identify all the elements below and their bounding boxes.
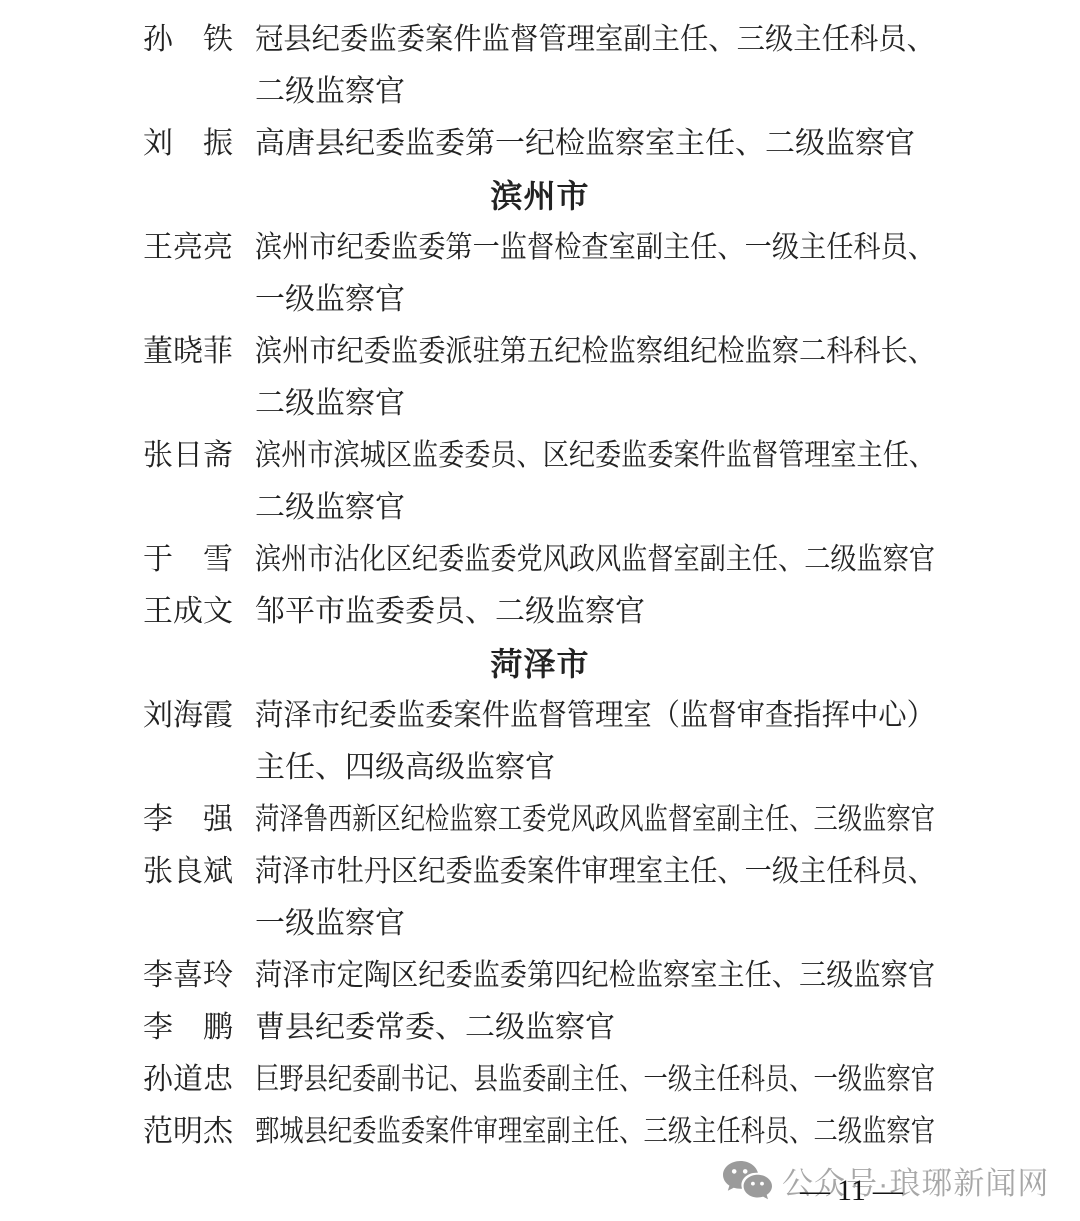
position-text: 菏泽市牡丹区纪委监委案件审理室主任、一级主任科员、 bbox=[255, 846, 935, 898]
position-text: 邹平市监委委员、二级监察官 bbox=[255, 586, 645, 638]
person-name: 李喜玲 bbox=[143, 950, 233, 1002]
position-text: 二级监察官 bbox=[255, 378, 405, 430]
personnel-row: 孙 铁 冠县纪委监委案件监督管理室副主任、三级主任科员、 bbox=[0, 14, 1080, 66]
city-name: 菏泽市 bbox=[490, 646, 589, 682]
position-text: 二级监察官 bbox=[255, 66, 405, 118]
personnel-row-continuation: 二级监察官 bbox=[0, 378, 1080, 430]
position-text: 冠县纪委监委案件监督管理室副主任、三级主任科员、 bbox=[255, 14, 935, 66]
position-text: 滨州市沾化区纪委监委党风政风监督室副主任、二级监察官 bbox=[255, 534, 935, 586]
position-text: 菏泽市纪委监委案件监督管理室（监督审查指挥中心） bbox=[255, 690, 935, 742]
position-text: 二级监察官 bbox=[255, 482, 405, 534]
personnel-row-continuation: 一级监察官 bbox=[0, 898, 1080, 950]
position-text: 滨州市滨城区监委委员、区纪委监委案件监督管理室主任、 bbox=[255, 430, 935, 482]
personnel-row-continuation: 主任、四级高级监察官 bbox=[0, 742, 1080, 794]
wechat-icon bbox=[722, 1160, 774, 1202]
person-name: 李 强 bbox=[143, 794, 233, 846]
page-number-dash: — bbox=[800, 1176, 830, 1206]
person-name: 张日斋 bbox=[143, 430, 233, 482]
position-text: 鄄城县纪委监委案件审理室副主任、三级主任科员、二级监察官 bbox=[255, 1106, 935, 1158]
page-number: 11 bbox=[837, 1176, 866, 1206]
personnel-row: 李喜玲 菏泽市定陶区纪委监委第四纪检监察室主任、三级监察官 bbox=[0, 950, 1080, 1002]
personnel-row: 张日斋 滨州市滨城区监委委员、区纪委监委案件监督管理室主任、 bbox=[0, 430, 1080, 482]
personnel-row: 刘海霞 菏泽市纪委监委案件监督管理室（监督审查指挥中心） bbox=[0, 690, 1080, 742]
position-text: 菏泽鲁西新区纪检监察工委党风政风监督室副主任、三级监察官 bbox=[255, 794, 935, 846]
person-name: 张良斌 bbox=[143, 846, 233, 898]
personnel-row: 李 鹏 曹县纪委常委、二级监察官 bbox=[0, 1002, 1080, 1054]
position-text: 曹县纪委常委、二级监察官 bbox=[255, 1002, 615, 1054]
position-text: 滨州市纪委监委派驻第五纪检监察组纪检监察二科科长、 bbox=[255, 326, 935, 378]
personnel-row: 董晓菲 滨州市纪委监委派驻第五纪检监察组纪检监察二科科长、 bbox=[0, 326, 1080, 378]
position-text: 高唐县纪委监委第一纪检监察室主任、二级监察官 bbox=[255, 118, 915, 170]
person-name: 王亮亮 bbox=[143, 222, 233, 274]
personnel-row: 范明杰 鄄城县纪委监委案件审理室副主任、三级主任科员、二级监察官 bbox=[0, 1106, 1080, 1158]
personnel-row: 于 雪 滨州市沾化区纪委监委党风政风监督室副主任、二级监察官 bbox=[0, 534, 1080, 586]
city-section-header: 菏泽市 bbox=[0, 638, 1080, 690]
city-name: 滨州市 bbox=[490, 178, 589, 214]
person-name: 董晓菲 bbox=[143, 326, 233, 378]
personnel-row: 王亮亮 滨州市纪委监委第一监督检查室副主任、一级主任科员、 bbox=[0, 222, 1080, 274]
personnel-row-continuation: 二级监察官 bbox=[0, 66, 1080, 118]
position-text: 一级监察官 bbox=[255, 274, 405, 326]
person-name: 李 鹏 bbox=[143, 1002, 233, 1054]
person-name: 刘海霞 bbox=[143, 690, 233, 742]
position-text: 滨州市纪委监委第一监督检查室副主任、一级主任科员、 bbox=[255, 222, 935, 274]
person-name: 于 雪 bbox=[143, 534, 233, 586]
person-name: 范明杰 bbox=[143, 1106, 233, 1158]
personnel-row-continuation: 二级监察官 bbox=[0, 482, 1080, 534]
person-name: 王成文 bbox=[143, 586, 233, 638]
personnel-row: 李 强 菏泽鲁西新区纪检监察工委党风政风监督室副主任、三级监察官 bbox=[0, 794, 1080, 846]
personnel-row: 王成文 邹平市监委委员、二级监察官 bbox=[0, 586, 1080, 638]
document-page: 孙 铁 冠县纪委监委案件监督管理室副主任、三级主任科员、 二级监察官 刘 振 高… bbox=[0, 0, 1080, 1221]
personnel-row-continuation: 一级监察官 bbox=[0, 274, 1080, 326]
city-section-header: 滨州市 bbox=[0, 170, 1080, 222]
person-name: 孙道忠 bbox=[143, 1054, 233, 1106]
position-text: 主任、四级高级监察官 bbox=[255, 742, 555, 794]
personnel-list: 孙 铁 冠县纪委监委案件监督管理室副主任、三级主任科员、 二级监察官 刘 振 高… bbox=[0, 14, 1080, 1158]
page-number-footer: — 11 — bbox=[800, 1176, 903, 1206]
person-name: 刘 振 bbox=[143, 118, 233, 170]
personnel-row: 刘 振 高唐县纪委监委第一纪检监察室主任、二级监察官 bbox=[0, 118, 1080, 170]
position-text: 一级监察官 bbox=[255, 898, 405, 950]
person-name: 孙 铁 bbox=[143, 14, 233, 66]
position-text: 菏泽市定陶区纪委监委第四纪检监察室主任、三级监察官 bbox=[255, 950, 935, 1002]
personnel-row: 张良斌 菏泽市牡丹区纪委监委案件审理室主任、一级主任科员、 bbox=[0, 846, 1080, 898]
position-text: 巨野县纪委副书记、县监委副主任、一级主任科员、一级监察官 bbox=[255, 1054, 935, 1106]
page-number-dash: — bbox=[873, 1176, 903, 1206]
personnel-row: 孙道忠 巨野县纪委副书记、县监委副主任、一级主任科员、一级监察官 bbox=[0, 1054, 1080, 1106]
